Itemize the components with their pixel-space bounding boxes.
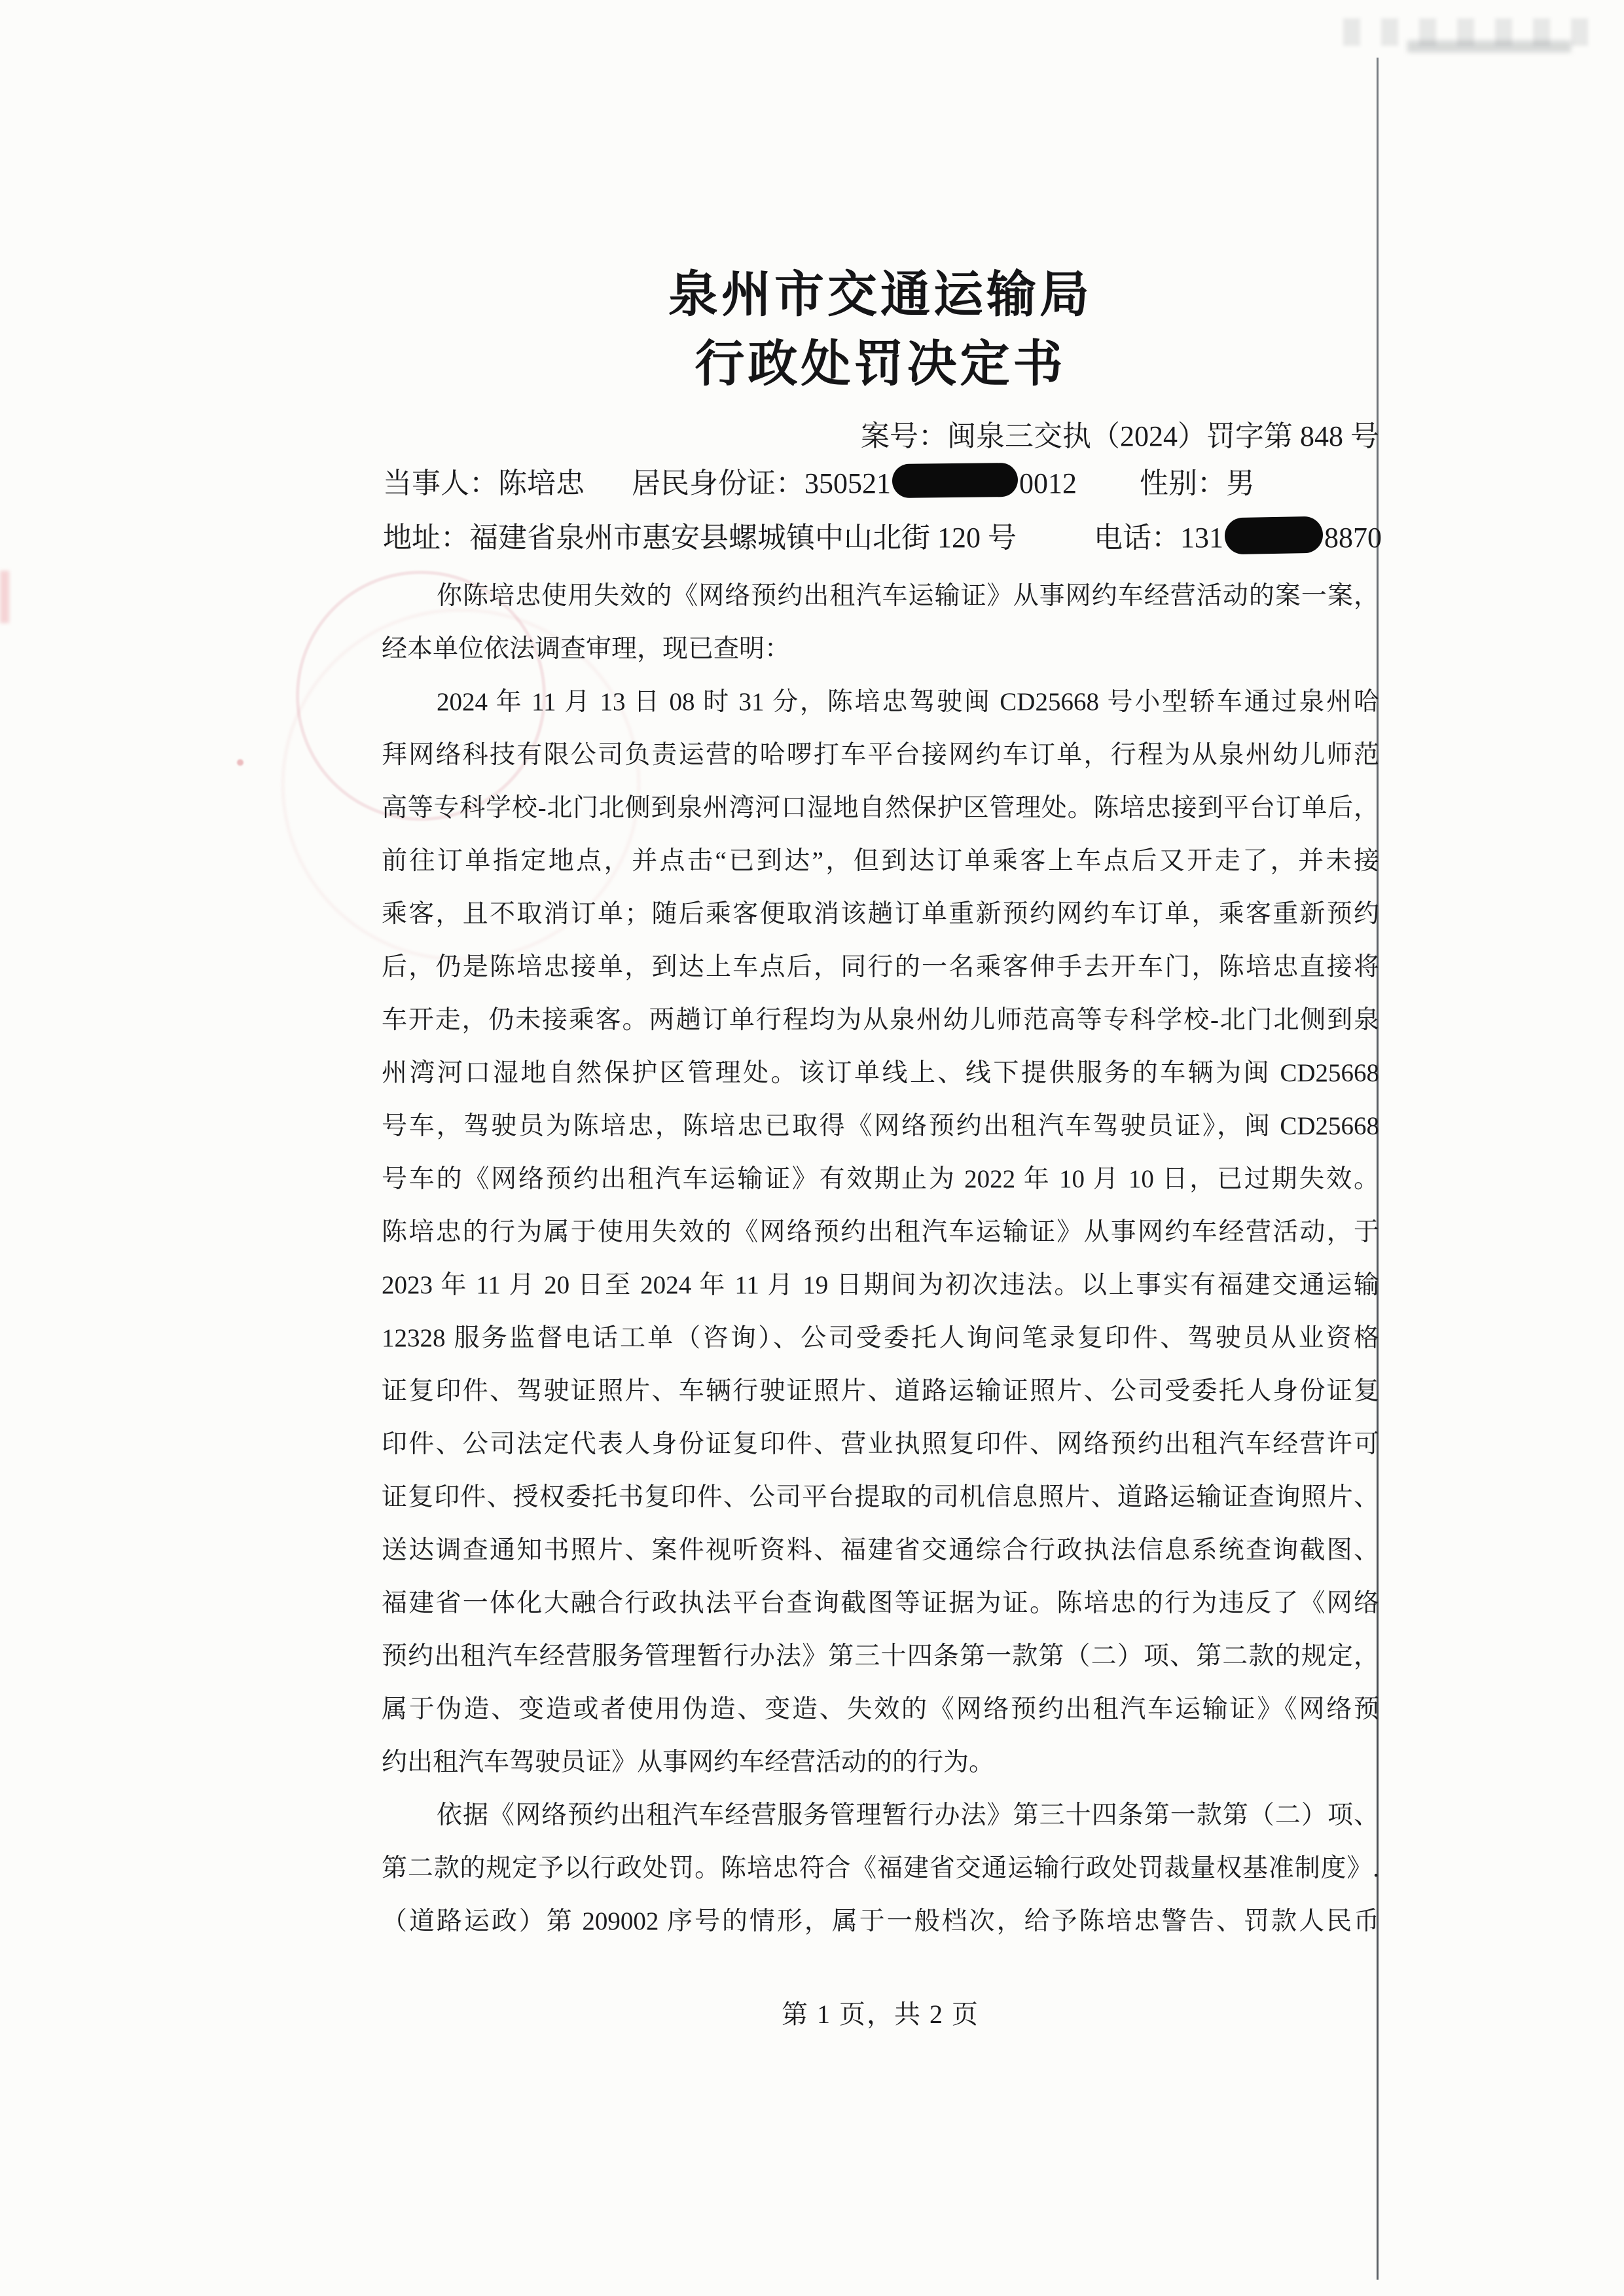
body-line: 印件、公司法定代表人身份证复印件、营业执照复印件、网络预约出租汽车经营许可 [382,1418,1379,1471]
body-line: 约出租汽车驾驶员证》从事网约车经营活动的的行为。 [382,1736,1379,1789]
body-line: 预约出租汽车经营服务管理暂行办法》第三十四条第一款第（二）项、第二款的规定， [382,1630,1379,1683]
body-line: 证复印件、授权委托书复印件、公司平台提取的司机信息照片、道路运输证查询照片、 [382,1471,1379,1524]
case-number: 案号：闽泉三交执（2024）罚字第 848 号 [382,416,1379,457]
phone-number-suffix: 8870 [1324,522,1382,554]
document-title-block: 泉州市交通运输局 行政处罚决定书 [382,260,1379,399]
body-line: 属于伪造、变造或者使用伪造、变造、失效的《网络预约出租汽车运输证》《网络预 [382,1683,1379,1736]
faint-stamp-dot [237,759,244,766]
body-line: 送达调查通知书照片、案件视听资料、福建省交通综合行政执法信息系统查询截图、 [382,1524,1379,1577]
body-line: 第二款的规定予以行政处罚。陈培忠符合《福建省交通运输行政处罚裁量权基准制度》. [382,1842,1379,1895]
body-line: 号车的《网络预约出租汽车运输证》有效期止为 2022 年 10 月 10 日，已… [382,1153,1379,1206]
id-redaction-bar [892,463,1019,498]
body-line: 经本单位依法调查审理，现已查明： [382,622,1379,675]
body-line: 陈培忠的行为属于使用失效的《网络预约出租汽车运输证》从事网约车经营活动，于 [382,1206,1379,1259]
body-line: 证复印件、驾驶证照片、车辆行驶证照片、道路运输证照片、公司受委托人身份证复 [382,1365,1379,1418]
body-line: 高等专科学校-北门北侧到泉州湾河口湿地自然保护区管理处。陈培忠接到平台订单后， [382,781,1379,834]
body-line: 号车，驾驶员为陈培忠，陈培忠已取得《网络预约出租汽车驾驶员证》，闽 CD2566… [382,1100,1379,1153]
body-text: 你陈培忠使用失效的《网络预约出租汽车运输证》从事网约车经营活动的案一案，经本单位… [382,569,1379,1948]
body-line: （道路运政）第 209002 序号的情形，属于一般档次，给予陈培忠警告、罚款人民… [382,1895,1379,1948]
id-number-suffix: 0012 [1019,467,1077,499]
phone-number-prefix: 电话：131 [1094,522,1223,554]
party-info-line: 当事人：陈培忠居民身份证：3505210012性别：男 [383,463,1380,503]
body-line: 后，仍是陈培忠接单，到达上车点后，同行的一名乘客伸手去开车门，陈培忠直接将 [382,941,1379,994]
party-name-field: 当事人：陈培忠 [383,467,585,499]
body-line: 车开走，仍未接乘客。两趟订单行程均为从泉州幼儿师范高等专科学校-北门北侧到泉 [382,994,1379,1047]
gender-field: 性别：男 [1140,467,1255,499]
left-edge-ink-smear [0,571,9,623]
scan-smudge-artifact [1407,41,1571,52]
scanned-penalty-decision-page: 泉州市交通运输局 行政处罚决定书 案号：闽泉三交执（2024）罚字第 848 号… [0,0,1624,2296]
body-line: 2023 年 11 月 20 日至 2024 年 11 月 19 日期间为初次违… [382,1259,1379,1312]
address-info-line: 地址：福建省泉州市惠安县螺城镇中山北街 120 号电话：1318870 [383,517,1380,558]
body-line: 2024 年 11 月 13 日 08 时 31 分，陈培忠驾驶闽 CD2566… [382,675,1379,728]
id-number-prefix: 居民身份证：350521 [632,467,891,499]
body-line: 福建省一体化大融合行政执法平台查询截图等证据为证。陈培忠的行为违反了《网络 [382,1577,1379,1630]
body-line: 乘客，且不取消订单；随后乘客便取消该趟订单重新预约网约车订单，乘客重新预约 [382,888,1379,941]
page-number-footer: 第 1 页，共 2 页 [382,1994,1379,2031]
agency-title: 泉州市交通运输局 [382,260,1379,330]
document-type-title: 行政处罚决定书 [382,330,1379,399]
body-line: 依据《网络预约出租汽车经营服务管理暂行办法》第三十四条第一款第（二）项、 [382,1789,1379,1842]
body-line: 你陈培忠使用失效的《网络预约出租汽车运输证》从事网约车经营活动的案一案， [382,569,1379,622]
body-line: 州湾河口湿地自然保护区管理处。该订单线上、线下提供服务的车辆为闽 CD25668 [382,1047,1379,1100]
body-line: 12328 服务监督电话工单（咨询）、公司受委托人询问笔录复印件、驾驶员从业资格 [382,1312,1379,1365]
body-line: 前往订单指定地点，并点击“已到达”，但到达订单乘客上车点后又开走了，并未接 [382,834,1379,888]
phone-redaction-bar [1225,516,1324,555]
body-line: 拜网络科技有限公司负责运营的哈啰打车平台接网约车订单，行程为从泉州幼儿师范 [382,728,1379,781]
address-field: 地址：福建省泉州市惠安县螺城镇中山北街 120 号 [383,522,1017,554]
